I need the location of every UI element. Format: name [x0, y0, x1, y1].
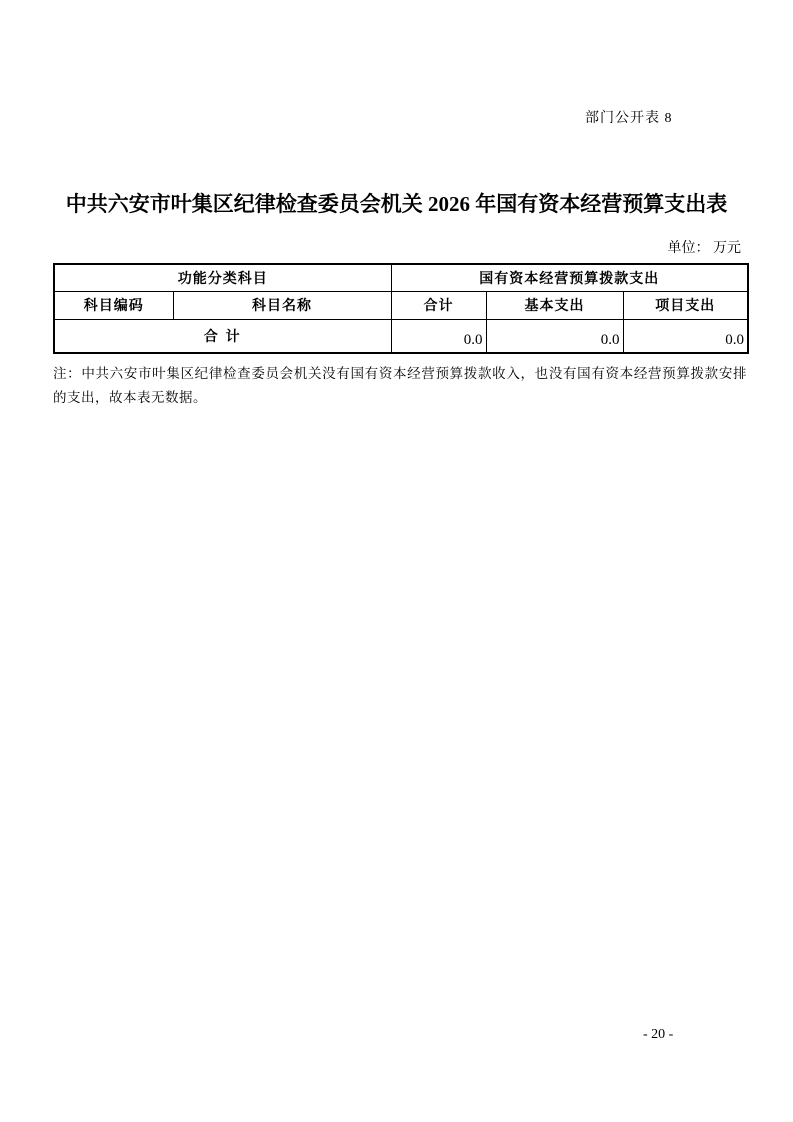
- header-state-capital-budget-expenditure: 国有资本经营预算拨款支出: [391, 264, 748, 291]
- footnote: 注：中共六安市叶集区纪律检查委员会机关没有国有资本经营预算拨款收入，也没有国有资…: [53, 362, 747, 410]
- budget-table: 功能分类科目 国有资本经营预算拨款支出 科目编码 科目名称 合计 基本支出 项目…: [53, 263, 749, 354]
- header-functional-classification: 功能分类科目: [54, 264, 391, 291]
- doc-form-label: 部门公开表 8: [585, 110, 673, 128]
- cell-basic-value: 0.0: [486, 319, 623, 353]
- header-subject-name: 科目名称: [173, 291, 391, 319]
- header-subject-code: 科目编码: [54, 291, 173, 319]
- document-page: 部门公开表 8 中共六安市叶集区纪律检查委员会机关 2026 年国有资本经营预算…: [0, 0, 793, 1122]
- header-total: 合计: [391, 291, 486, 319]
- cell-total-value: 0.0: [391, 319, 486, 353]
- header-project-expenditure: 项目支出: [623, 291, 748, 319]
- table-header-row-1: 功能分类科目 国有资本经营预算拨款支出: [54, 264, 748, 291]
- page-title: 中共六安市叶集区纪律检查委员会机关 2026 年国有资本经营预算支出表: [0, 191, 793, 217]
- row-label-total: 合 计: [54, 319, 391, 353]
- header-basic-expenditure: 基本支出: [486, 291, 623, 319]
- unit-label: 单位： 万元: [53, 240, 747, 258]
- page-number: - 20 -: [643, 1026, 673, 1044]
- table-row-total: 合 计 0.0 0.0 0.0: [54, 319, 748, 353]
- cell-project-value: 0.0: [623, 319, 748, 353]
- table-header-row-2: 科目编码 科目名称 合计 基本支出 项目支出: [54, 291, 748, 319]
